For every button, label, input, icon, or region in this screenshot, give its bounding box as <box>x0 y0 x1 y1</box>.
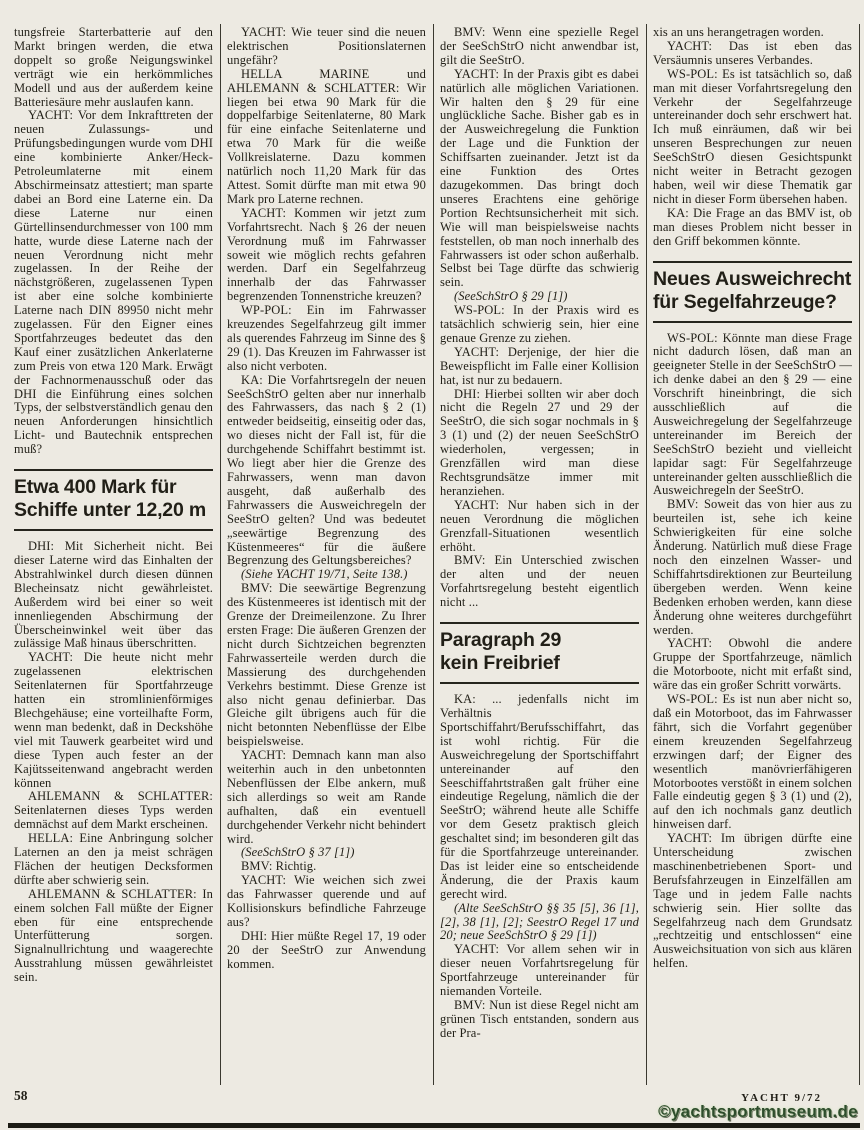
body-paragraph: KA: ... jedenfalls nicht im Verhältnis S… <box>440 693 639 902</box>
body-paragraph: BMV: Nun ist diese Regel nicht am grünen… <box>440 999 639 1041</box>
body-paragraph: BMV: Die seewärtige Begrenzung des Küste… <box>227 582 426 749</box>
body-paragraph: WS-POL: Könnte man diese Frage nicht dad… <box>653 332 852 499</box>
reference-note: (Siehe YACHT 19/71, Seite 138.) <box>227 568 426 582</box>
body-paragraph: WP-POL: Ein im Fahrwasser kreuzendes Seg… <box>227 304 426 374</box>
column-1: tungsfreie Starterbatterie auf den Markt… <box>8 24 221 1085</box>
body-paragraph: YACHT: Vor dem Inkrafttreten der neuen Z… <box>14 109 213 457</box>
body-paragraph: BMV: Wenn eine spezielle Regel der SeeSc… <box>440 26 639 68</box>
body-paragraph: YACHT: Derjenige, der hier die Beweispfl… <box>440 346 639 388</box>
body-paragraph: BMV: Ein Unterschied zwischen der alten … <box>440 554 639 610</box>
column-4: xis an uns herangetragen worden.YACHT: D… <box>647 24 860 1085</box>
body-paragraph: YACHT: Vor allem sehen wir in dieser neu… <box>440 943 639 999</box>
columns: tungsfreie Starterbatterie auf den Markt… <box>8 24 860 1085</box>
body-paragraph: WS-POL: In der Praxis wird es tatsächlic… <box>440 304 639 346</box>
body-paragraph: AHLEMANN & SCHLATTER: Seitenlaternen die… <box>14 790 213 832</box>
body-paragraph: YACHT: Wie weichen sich zwei das Fahrwas… <box>227 874 426 930</box>
body-paragraph: HELLA MARINE und AHLEMANN & SCHLATTER: W… <box>227 68 426 207</box>
watermark: ©yachtsportmuseum.de <box>658 1102 858 1122</box>
bottom-rule <box>8 1123 860 1128</box>
body-paragraph: WS-POL: Es ist tatsächlich so, daß man m… <box>653 68 852 207</box>
body-paragraph: YACHT: Die heute nicht mehr zugelassenen… <box>14 651 213 790</box>
body-paragraph: HELLA: Eine Anbringung solcher Laternen … <box>14 832 213 888</box>
reference-note: (Alte SeeSchStrO §§ 35 [5], 36 [1], [2],… <box>440 902 639 944</box>
column-3: BMV: Wenn eine spezielle Regel der SeeSc… <box>434 24 647 1085</box>
body-paragraph: tungsfreie Starterbatterie auf den Markt… <box>14 26 213 109</box>
column-2: YACHT: Wie teuer sind die neuen elektris… <box>221 24 434 1085</box>
body-paragraph: AHLEMANN & SCHLATTER: In einem solchen F… <box>14 888 213 985</box>
body-paragraph: BMV: Richtig. <box>227 860 426 874</box>
body-paragraph: YACHT: Wie teuer sind die neuen elektris… <box>227 26 426 68</box>
body-paragraph: KA: Die Vorfahrtsregeln der neuen SeeSch… <box>227 374 426 569</box>
section-heading: Etwa 400 Mark für Schiffe unter 12,20 m <box>14 469 213 531</box>
body-paragraph: YACHT: In der Praxis gibt es dabei natür… <box>440 68 639 291</box>
body-paragraph: xis an uns herangetragen worden. <box>653 26 852 40</box>
reference-note: (SeeSchStrO § 37 [1]) <box>227 846 426 860</box>
body-paragraph: YACHT: Obwohl die andere Gruppe der Spor… <box>653 637 852 693</box>
body-paragraph: DHI: Mit Sicherheit nicht. Bei dieser La… <box>14 540 213 651</box>
magazine-page: tungsfreie Starterbatterie auf den Markt… <box>0 0 864 1130</box>
body-paragraph: YACHT: Demnach kann man also weiterhin a… <box>227 749 426 846</box>
body-paragraph: DHI: Hier müßte Regel 17, 19 oder 20 der… <box>227 930 426 972</box>
body-paragraph: YACHT: Kommen wir jetzt zum Vorfahrtsrec… <box>227 207 426 304</box>
body-paragraph: DHI: Hierbei sollten wir aber doch nicht… <box>440 388 639 499</box>
section-heading: Neues Ausweichrecht für Segelfahrzeuge? <box>653 261 852 323</box>
body-paragraph: KA: Die Frage an das BMV ist, ob man die… <box>653 207 852 249</box>
body-paragraph: WS-POL: Es ist nun aber nicht so, daß ei… <box>653 693 852 832</box>
body-paragraph: YACHT: Nur haben sich in der neuen Veror… <box>440 499 639 555</box>
body-paragraph: YACHT: Das ist eben das Versäumnis unser… <box>653 40 852 68</box>
body-paragraph: BMV: Soweit das von hier aus zu beurteil… <box>653 498 852 637</box>
body-paragraph: YACHT: Im übrigen dürfte eine Unterschei… <box>653 832 852 971</box>
reference-note: (SeeSchStrO § 29 [1]) <box>440 290 639 304</box>
section-heading: Paragraph 29 kein Freibrief <box>440 622 639 684</box>
page-number: 58 <box>14 1088 28 1104</box>
